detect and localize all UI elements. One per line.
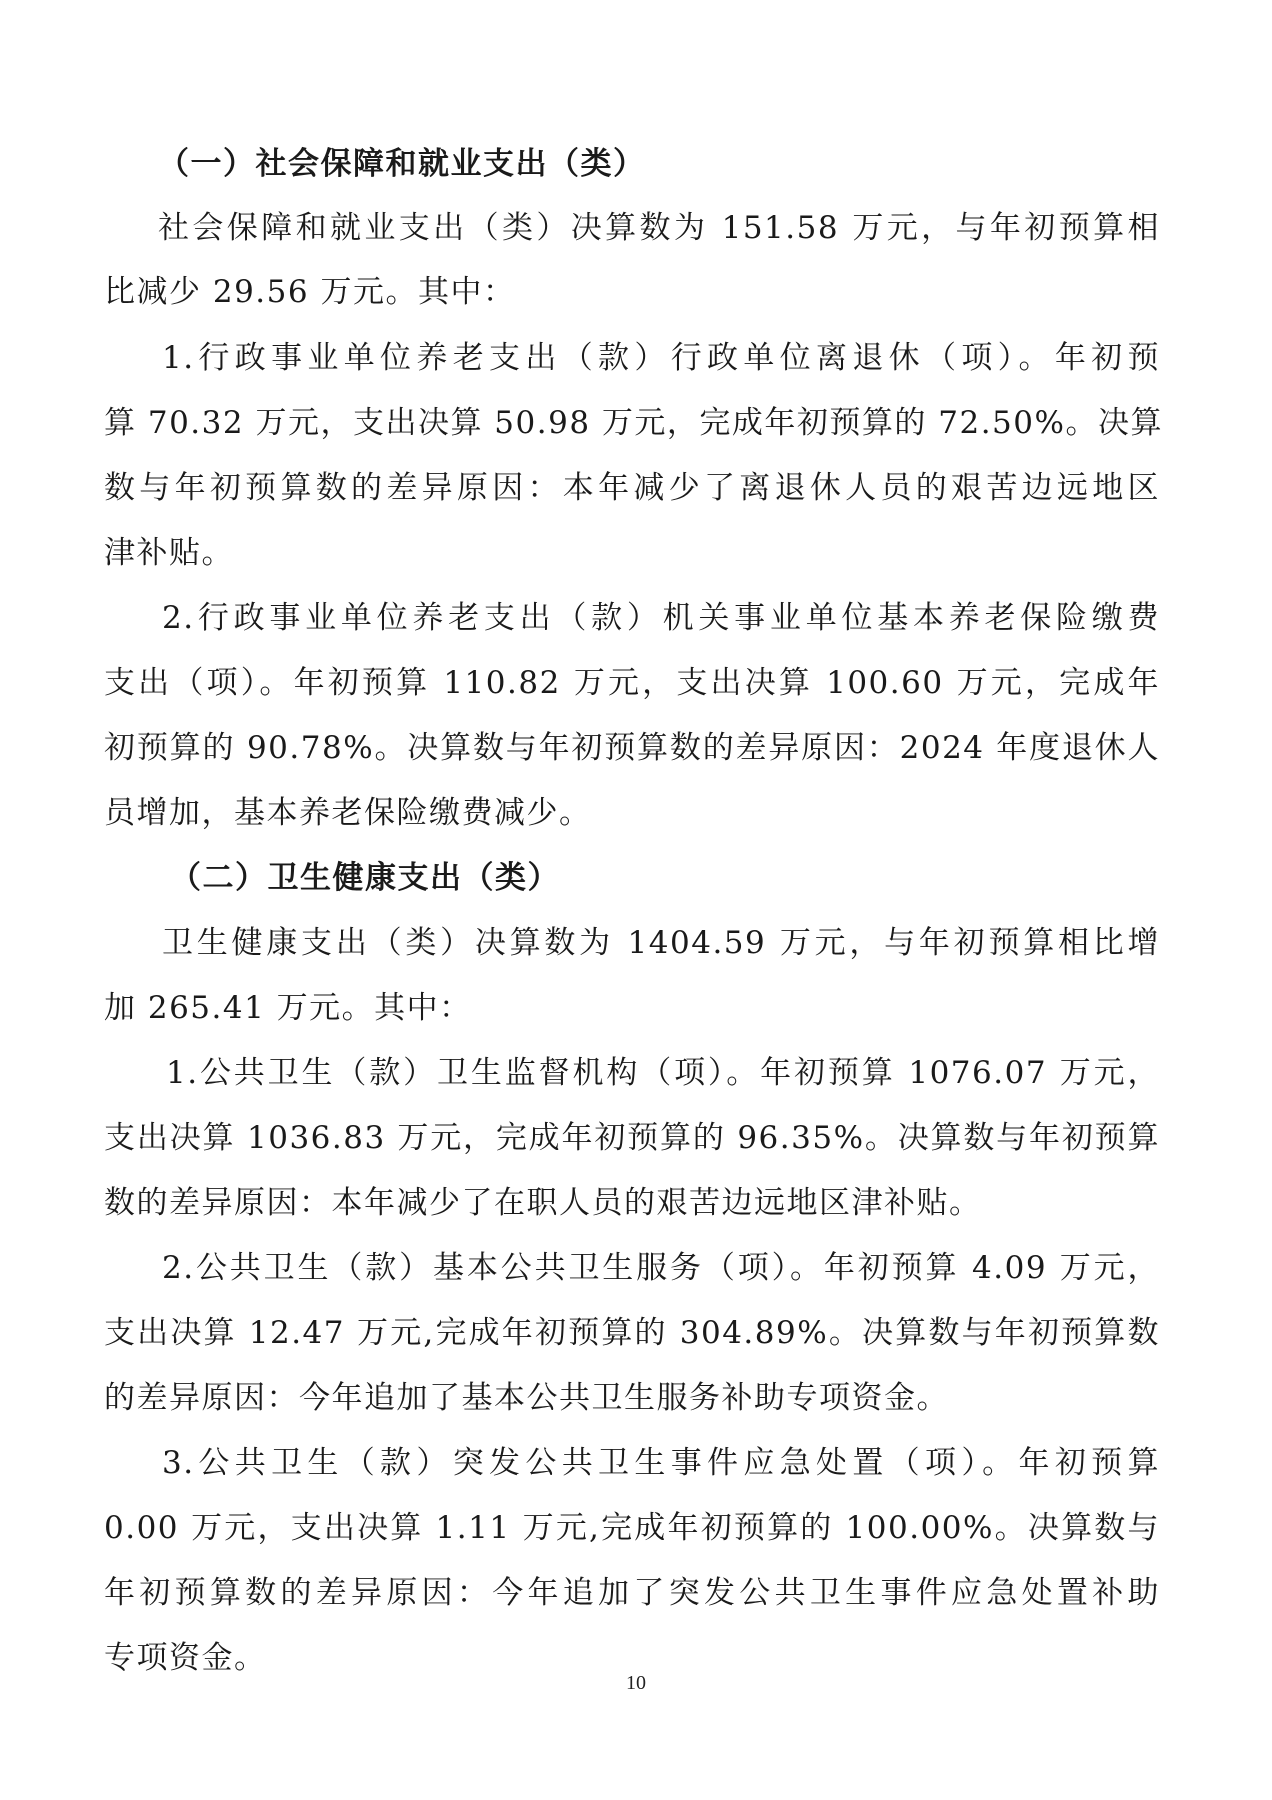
section-heading-health: （二）卫生健康支出（类） <box>170 858 560 898</box>
section-summary-line: 卫生健康支出（类）决算数为 1404.59 万元，与年初预算相比增 <box>162 923 1160 963</box>
item-paragraph-line: 1.行政事业单位养老支出（款）行政单位离退休（项）。年初预 <box>162 338 1160 378</box>
item-paragraph-line: 初预算的 90.78%。决算数与年初预算数的差异原因：2024 年度退休人 <box>104 728 1160 768</box>
item-paragraph-line: 数与年初预算数的差异原因：本年减少了离退休人员的艰苦边远地区 <box>104 468 1160 508</box>
section-summary-line: 加 265.41 万元。其中： <box>104 988 472 1028</box>
section-summary-line: 比减少 29.56 万元。其中： <box>104 272 515 312</box>
item-paragraph-line: 的差异原因：今年追加了基本公共卫生服务补助专项资金。 <box>104 1378 949 1418</box>
item-paragraph-line: 0.00 万元，支出决算 1.11 万元,完成年初预算的 100.00%。决算数… <box>104 1508 1160 1548</box>
item-paragraph-line: 2.行政事业单位养老支出（款）机关事业单位基本养老保险缴费 <box>162 598 1160 638</box>
item-paragraph-line: 员增加，基本养老保险缴费减少。 <box>104 793 592 833</box>
section-summary-line: 社会保障和就业支出（类）决算数为 151.58 万元，与年初预算相 <box>158 208 1160 248</box>
item-paragraph-line: 支出决算 12.47 万元,完成年初预算的 304.89%。决算数与年初预算数 <box>104 1313 1160 1353</box>
item-paragraph-line: 数的差异原因：本年减少了在职人员的艰苦边远地区津补贴。 <box>104 1183 982 1223</box>
item-paragraph-line: 算 70.32 万元，支出决算 50.98 万元，完成年初预算的 72.50%。… <box>104 403 1160 443</box>
section-heading-social-security: （一）社会保障和就业支出（类） <box>158 144 646 184</box>
document-page: （一）社会保障和就业支出（类） 社会保障和就业支出（类）决算数为 151.58 … <box>0 0 1272 1800</box>
item-paragraph-line: 1.公共卫生（款）卫生监督机构（项）。年初预算 1076.07 万元， <box>166 1053 1160 1093</box>
item-paragraph-line: 支出（项）。年初预算 110.82 万元，支出决算 100.60 万元，完成年 <box>104 663 1160 703</box>
item-paragraph-line: 支出决算 1036.83 万元，完成年初预算的 96.35%。决算数与年初预算 <box>104 1118 1160 1158</box>
item-paragraph-line: 3.公共卫生（款）突发公共卫生事件应急处置（项）。年初预算 <box>162 1443 1160 1483</box>
item-paragraph-line: 津补贴。 <box>104 533 234 573</box>
page-number: 10 <box>0 1672 1272 1695</box>
item-paragraph-line: 2.公共卫生（款）基本公共卫生服务（项）。年初预算 4.09 万元， <box>162 1248 1160 1288</box>
item-paragraph-line: 年初预算数的差异原因：今年追加了突发公共卫生事件应急处置补助 <box>104 1573 1160 1613</box>
